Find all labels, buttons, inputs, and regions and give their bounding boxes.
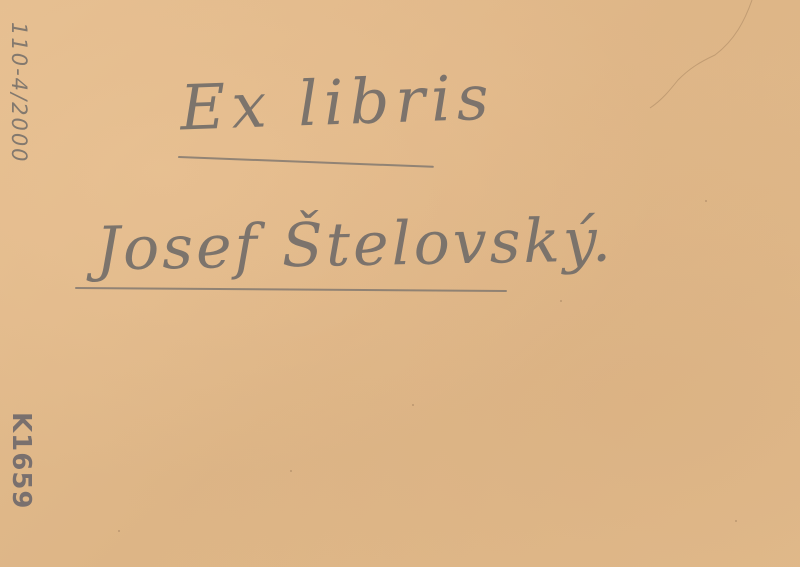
paper-speck bbox=[705, 200, 707, 202]
heading-underline bbox=[178, 156, 434, 168]
ex-libris-heading: Ex libris bbox=[179, 61, 496, 145]
bookplate-paper: 110-4/2000 Ex libris Josef Štelovský. K1… bbox=[0, 0, 800, 567]
paper-crease bbox=[640, 0, 800, 110]
owner-signature: Josef Štelovský. bbox=[95, 205, 614, 284]
paper-speck bbox=[560, 300, 562, 302]
paper-speck bbox=[412, 404, 414, 406]
signature-underline bbox=[75, 287, 507, 292]
paper-speck bbox=[118, 530, 120, 532]
call-number-note: K1659 bbox=[6, 412, 36, 510]
paper-speck bbox=[735, 520, 737, 522]
paper-speck bbox=[290, 470, 292, 472]
catalog-number-note: 110-4/2000 bbox=[7, 22, 31, 164]
